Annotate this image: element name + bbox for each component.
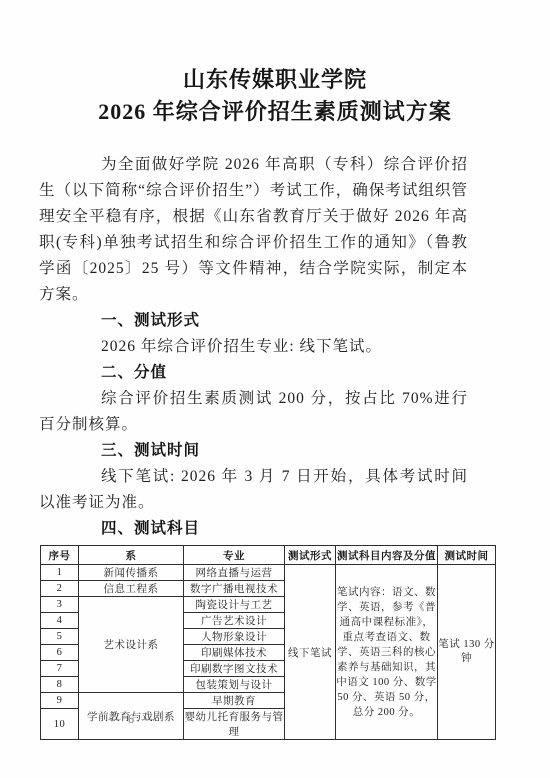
section-4-heading: 四、测试科目 [39, 516, 468, 542]
table-row: 1 新闻传播系 网络直播与运营 线下笔试 笔试内容：语文、数学、英语，参考《普通… [41, 565, 496, 581]
title-line-2: 2026 年综合评价招生素质测试方案 [0, 96, 550, 128]
section-2-body: 综合评价招生素质测试 200 分，按占比 70%进行百分制核算。 [39, 386, 468, 438]
intro-paragraph: 为全面做好学院 2026 年高职（专科）综合评价招生（以下简称“综合评价招生”）… [39, 152, 468, 308]
section-2-heading: 二、分值 [39, 360, 468, 386]
table-header-row: 序号 系 专业 测试形式 测试科目内容及分值 测试时间 [41, 546, 496, 565]
cell-no: 9 [41, 693, 79, 709]
merged-cell-content-score: 笔试内容：语文、数学、英语，参考《普通高中课程标准》，重点考查语文、数学、英语三… [336, 565, 438, 740]
cell-major: 人物形象设计 [184, 629, 285, 645]
section-1-heading: 一、测试形式 [39, 308, 468, 334]
cell-major: 网络直播与运营 [184, 565, 285, 581]
cell-no: 8 [41, 677, 79, 693]
cell-major: 印刷数字图文技术 [184, 661, 285, 677]
test-subjects-table: 序号 系 专业 测试形式 测试科目内容及分值 测试时间 1 新闻传播系 网络直播… [40, 545, 496, 740]
header-cell-test-form: 测试形式 [285, 546, 336, 565]
page-number: — 6 — [92, 712, 172, 727]
header-cell-content-score: 测试科目内容及分值 [336, 546, 438, 565]
cell-major: 包装策划与设计 [184, 677, 285, 693]
cell-department: 新闻传播系 [79, 565, 184, 581]
cell-major: 数字广播电视技术 [184, 581, 285, 597]
cell-no: 4 [41, 613, 79, 629]
cell-major: 广告艺术设计 [184, 613, 285, 629]
cell-no: 2 [41, 581, 79, 597]
header-cell-no: 序号 [41, 546, 79, 565]
title-line-1: 山东传媒职业学院 [0, 64, 550, 96]
cell-major: 早期教育 [184, 693, 285, 709]
cell-no: 3 [41, 597, 79, 613]
document-body: 为全面做好学院 2026 年高职（专科）综合评价招生（以下简称“综合评价招生”）… [39, 152, 468, 542]
header-cell-department: 系 [79, 546, 184, 565]
cell-no: 6 [41, 645, 79, 661]
cell-no: 10 [41, 709, 79, 740]
cell-major: 印刷媒体技术 [184, 645, 285, 661]
cell-no: 5 [41, 629, 79, 645]
cell-department: 信息工程系 [79, 581, 184, 597]
cell-no: 7 [41, 661, 79, 677]
header-cell-major: 专业 [184, 546, 285, 565]
header-cell-test-time: 测试时间 [438, 546, 496, 565]
cell-major: 陶瓷设计与工艺 [184, 597, 285, 613]
section-1-body: 2026 年综合评价招生专业: 线下笔试。 [39, 334, 468, 360]
section-3-body: 线下笔试: 2026 年 3 月 7 日开始，具体考试时间以准考证为准。 [39, 464, 468, 516]
merged-cell-department: 艺术设计系 [79, 597, 184, 693]
section-3-heading: 三、测试时间 [39, 438, 468, 464]
merged-cell-test-time: 笔试 130 分钟 [438, 565, 496, 740]
cell-major: 婴幼儿托育服务与管理 [184, 709, 285, 740]
document-page: 山东传媒职业学院 2026 年综合评价招生素质测试方案 为全面做好学院 2026… [0, 0, 550, 778]
document-title: 山东传媒职业学院 2026 年综合评价招生素质测试方案 [0, 0, 550, 128]
cell-no: 1 [41, 565, 79, 581]
merged-cell-test-form: 线下笔试 [285, 565, 336, 740]
